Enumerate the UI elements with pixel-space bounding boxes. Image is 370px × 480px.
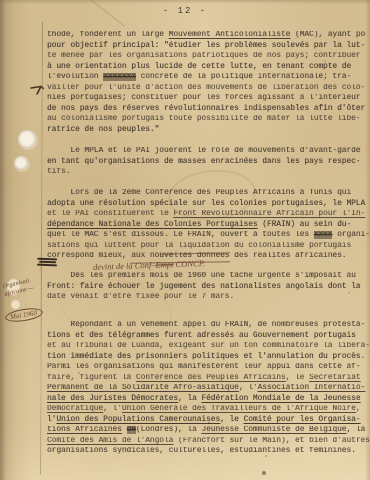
underlined-phrase: Permanent de la Solidarité Afro-asiatiqu… <box>47 384 239 392</box>
paragraph-1: thode, fondèrent un large Mouvement Anti… <box>47 30 370 135</box>
text-segment: te menée par les organisations patriotiq… <box>47 52 361 60</box>
text-line: Permanent de la Solidarité Afro-asiatiqu… <box>47 383 370 394</box>
text-segment: , la <box>178 395 201 403</box>
underlined-phrase: Conférence des Peuples Africains <box>136 374 286 382</box>
text-segment: tions et des télégrammes furent adressés… <box>47 332 356 340</box>
text-line: tions Africaines de(Londres), la Jeuness… <box>47 425 370 436</box>
text-segment: nies portugaises; constituer pour les fo… <box>47 94 361 102</box>
paragraph-4: Dès les premiers mois de 1960 une tâche … <box>47 271 370 303</box>
text-line: adopta une résolution spéciale sur les c… <box>47 199 370 210</box>
text-line: Le MPLA et le PAI jouèrent le rôle de mo… <box>47 146 370 157</box>
underlined-phrase: Union des Populations Camerounaises <box>56 416 220 424</box>
text-line: et le PAI constituèrent le Front Révolut… <box>47 209 370 220</box>
text-line: à une orientation plus lucide de cette l… <box>47 62 370 73</box>
text-segment: date venait d'être fixée pour le 7 mars. <box>47 293 234 301</box>
text-segment: en tant qu'organisations de masses enrac… <box>47 158 361 166</box>
text-line: faire, figurent la Conférence des Peuple… <box>47 373 370 384</box>
text-line: Comité des Amis de l'Angola (Francfort s… <box>47 436 370 447</box>
text-segment: l'évolution <box>47 73 103 81</box>
underlined-phrase: Jeunesse Communiste de Belgique <box>201 426 346 434</box>
text-line: thode, fondèrent un large Mouvement Anti… <box>47 30 370 41</box>
scanned-document-page: - 12 - thode, fondèrent un large Mouveme… <box>0 0 370 480</box>
text-line: pour objectif principal: "étudier les pr… <box>47 41 370 52</box>
text-segment <box>122 426 127 434</box>
paper-blemish <box>11 300 20 309</box>
text-segment: , l' <box>103 405 122 413</box>
text-segment: Front: faire échouer le jugement des nat… <box>47 283 361 291</box>
text-segment: (MAC), ayant po <box>290 31 365 39</box>
text-segment: à une orientation plus lucide de cette l… <box>47 63 351 71</box>
text-line: nale des Juristes Démocrates, la Fédérat… <box>47 394 370 405</box>
text-line: ratrice de nos peuples." <box>47 125 370 136</box>
underlined-phrase: dépendance Nationale des Colonies Portug… <box>47 221 258 229</box>
underlined-phrase: Mouvement Anticolonialiste <box>169 31 291 39</box>
text-line: organisations syndicales, culturelles, e… <box>47 446 370 457</box>
overstruck-word: de <box>127 426 136 434</box>
paragraph-3: Lors de la 2ème Conférence des Peuples A… <box>47 188 370 262</box>
text-line: nies portugaises; constituer pour les fo… <box>47 93 370 104</box>
underlined-phrase: Démocratique <box>47 405 103 413</box>
underlined-phrase: Secrétariat <box>309 374 360 382</box>
text-segment: tion immédiate des prisonniers politique… <box>47 353 365 361</box>
hole-punch <box>14 156 28 170</box>
text-segment: au colonialisme portugais toute possibil… <box>47 115 361 123</box>
text-segment: l' <box>47 416 56 424</box>
text-segment: , la <box>346 426 365 434</box>
text-line: et au Tribunal de Luanda, exigeant sur u… <box>47 341 370 352</box>
text-line: tions et des télégrammes furent adressés… <box>47 331 370 342</box>
text-line: te menée par les organisations patriotiq… <box>47 51 370 62</box>
text-segment: organisations syndicales, culturelles, e… <box>47 447 356 455</box>
text-segment: de nos pays des réserves révolutionnaire… <box>47 105 365 113</box>
page-left-edge-shadow <box>0 0 30 480</box>
note-text: CONCP. <box>173 258 205 269</box>
text-segment: quel le MAC s'est dissous. Le FRAIN, ouv… <box>47 231 314 239</box>
text-segment: , <box>356 405 361 413</box>
text-line: sations qui luttent pour la liquidation … <box>47 241 370 252</box>
text-segment: Parmi les organisations qui manifestèren… <box>47 363 361 371</box>
page-number: - 12 - <box>0 6 370 16</box>
text-segment: et le PAI constituèrent le <box>47 210 173 218</box>
text-segment: pour objectif principal: "étudier les pr… <box>47 42 365 50</box>
text-segment: concrète de la politique internationale;… <box>136 73 351 81</box>
text-line: Lors de la 2ème Conférence des Peuples A… <box>47 188 370 199</box>
text-segment: Dès les premiers mois de 1960 une tâche … <box>47 272 356 280</box>
text-segment: tifs. <box>47 168 70 176</box>
underlined-phrase: Association Internatio- <box>258 384 366 392</box>
text-line: Démocratique, l'Union Générale des Trava… <box>47 404 370 415</box>
handwritten-arrow-icon <box>30 83 45 101</box>
text-line: quel le MAC s'est dissous. Le FRAIN, ouv… <box>47 230 370 241</box>
overstruck-word: xxxx <box>314 231 333 239</box>
underlined-phrase: nale des Juristes Démocrates <box>47 395 178 403</box>
text-line: tifs. <box>47 167 370 178</box>
underlined-phrase: Front Révolutionnaire Africain pour l'In… <box>173 210 365 218</box>
text-segment: , le <box>220 416 243 424</box>
paragraph-2: Le MPLA et le PAI jouèrent le rôle de mo… <box>47 146 370 178</box>
text-segment: vailler pour l'unité d'action des mouvem… <box>47 84 365 92</box>
text-line: Parmi les organisations qui manifestèren… <box>47 362 370 373</box>
emphasis-lines-icon <box>37 258 57 271</box>
paragraph-5: Répondant à un véhément appel du FRAIN, … <box>47 320 370 457</box>
underlined-phrase: Union Générale des Travailleurs de l'Afr… <box>122 405 356 413</box>
text-line: vailler pour l'unité d'action des mouvem… <box>47 83 370 94</box>
text-line: l'Union des Populations Camerounaises, l… <box>47 415 370 426</box>
text-line: Front: faire échouer le jugement des nat… <box>47 282 370 293</box>
text-segment: (Francfort sur le Main), et bien d'autre… <box>173 437 370 445</box>
text-line: au colonialisme portugais toute possibil… <box>47 114 370 125</box>
text-segment: thode, fondèrent un large <box>47 31 169 39</box>
text-segment: adopta une résolution spéciale sur les c… <box>47 200 365 208</box>
underlined-phrase: Fédération Mondiale de la Jeunesse <box>201 395 360 403</box>
text-line: en tant qu'organisations de masses enrac… <box>47 157 370 168</box>
text-line: l'évolution xxxxxxx concrète de la polit… <box>47 72 370 83</box>
text-segment: Le MPLA et le PAI jouèrent le rôle de mo… <box>47 147 361 155</box>
hole-punch <box>18 130 36 148</box>
text-segment: , le <box>286 374 309 382</box>
underlined-phrase: tions Africaines <box>47 426 122 434</box>
text-segment: et au Tribunal de Luanda, exigeant sur u… <box>47 342 370 350</box>
text-segment: , l' <box>239 384 258 392</box>
text-segment: (FRAIN) au sein du- <box>258 221 352 229</box>
text-segment: sations qui luttent pour la liquidation … <box>47 242 351 250</box>
text-segment: Lors de la 2ème Conférence des Peuples A… <box>47 189 351 197</box>
text-line: tion immédiate des prisonniers politique… <box>47 352 370 363</box>
text-segment: (Londres), la <box>136 426 202 434</box>
text-segment: ratrice de nos peuples." <box>47 126 159 134</box>
text-line: Répondant à un véhément appel du FRAIN, … <box>47 320 370 331</box>
text-line: date venait d'être fixée pour le 7 mars. <box>47 292 370 303</box>
page-top-edge-shadow <box>0 0 370 4</box>
underlined-phrase: Comité des Amis de l'Angola <box>47 437 173 445</box>
text-segment: Répondant à un véhément appel du FRAIN, … <box>47 321 365 329</box>
note-struck-text: Empt <box>155 259 173 270</box>
text-segment: faire, figurent la <box>47 374 136 382</box>
text-line: de nos pays des réserves révolutionnaire… <box>47 104 370 115</box>
text-line: dépendance Nationale des Colonies Portug… <box>47 220 370 231</box>
overstruck-word: xxxxxxx <box>103 73 136 81</box>
text-segment: organi- <box>332 231 369 239</box>
underlined-phrase: Comité pour les Organisa- <box>244 416 361 424</box>
text-line: Dès les premiers mois de 1960 une tâche … <box>47 271 370 282</box>
